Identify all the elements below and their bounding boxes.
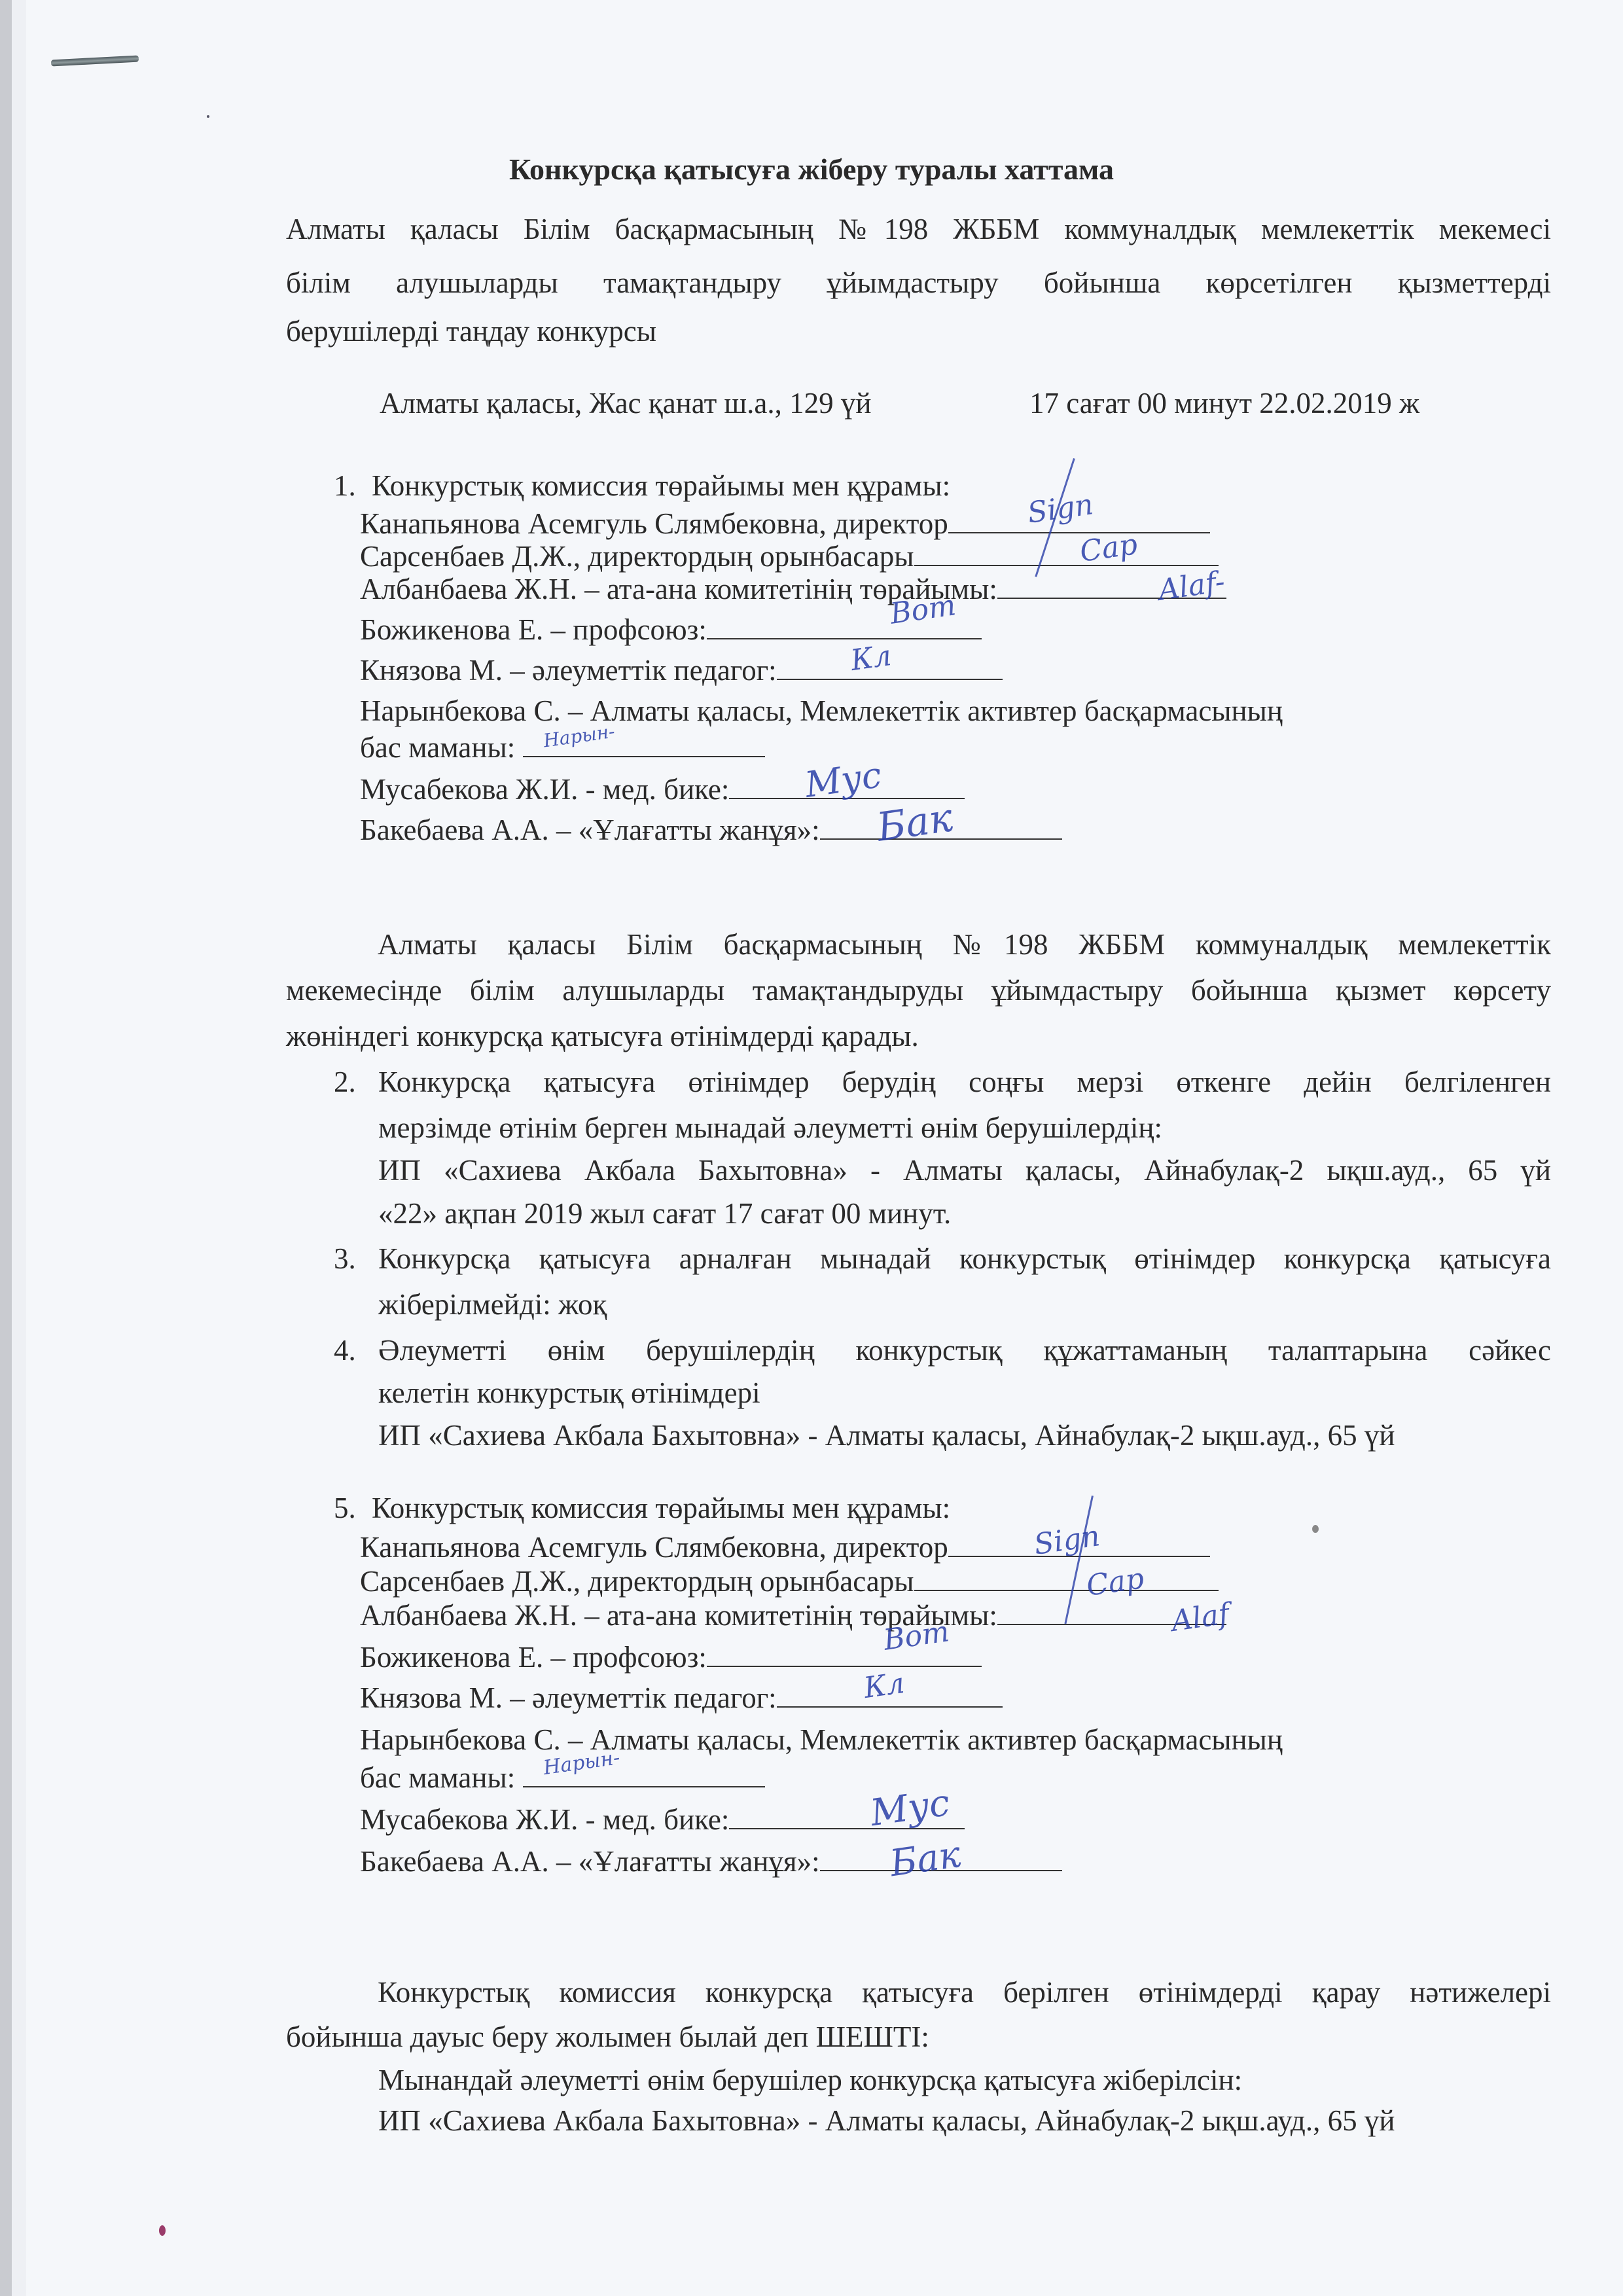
committee-member-3: Албанбаева Ж.Н. – ата-ана комитетінің тө… bbox=[360, 571, 1226, 607]
section-4-line-2: келетін конкурстық өтінімдері bbox=[378, 1374, 760, 1411]
section-4-number: 4. bbox=[334, 1332, 356, 1369]
decision-line-1: Конкурстық комиссия конкурсқа қатысуға б… bbox=[286, 1974, 1551, 2011]
staple-mark bbox=[51, 56, 139, 67]
intro-line-1: Алматы қаласы Білім басқармасының №198 Ж… bbox=[286, 211, 1551, 247]
decision-line-2: бойынша дауыс беру жолымен былай деп ШЕШ… bbox=[286, 2018, 929, 2055]
scan-speck bbox=[1312, 1525, 1319, 1533]
signature-social-pedagogue: Кл bbox=[862, 1666, 907, 1705]
section-2-date: «22» ақпан 2019 жыл сағат 17 сағат 00 ми… bbox=[378, 1195, 951, 1232]
section-4-supplier: ИП «Сахиева Акбала Бахытовна» - Алматы қ… bbox=[378, 1417, 1395, 1454]
signature-line bbox=[914, 1564, 1219, 1591]
member-label: бас маманы: bbox=[360, 731, 515, 764]
member-label: Сарсенбаев Д.Ж., директордың орынбасары bbox=[360, 1565, 914, 1598]
member-label: бас маманы: bbox=[360, 1761, 515, 1794]
member-label: Божикенова Е. – профсоюз: bbox=[360, 613, 707, 646]
intro-line-3: берушілерді таңдау конкурсы bbox=[286, 313, 656, 350]
section-5-heading: Конкурстық комиссия төрайымы мен құрамы: bbox=[372, 1490, 950, 1526]
member-label: Бакебаева А.А. – «Ұлағатты жанұя»: bbox=[360, 814, 820, 846]
signature-social-pedagogue: Кл bbox=[849, 639, 894, 677]
paragraph-2-line-2: мекемесінде білім алушыларды тамақтандыр… bbox=[286, 972, 1551, 1009]
member-label: Канапьянова Асемгуль Слямбековна, директ… bbox=[360, 1531, 948, 1564]
section-2-supplier: ИП «Сахиева Акбала Бахытовна» - Алматы қ… bbox=[378, 1152, 1551, 1189]
committee-member-9: Бакебаева А.А. – «Ұлағатты жанұя»: bbox=[360, 812, 1062, 848]
section-1-number: 1. bbox=[334, 467, 356, 504]
decision-supplier: ИП «Сахиева Акбала Бахытовна» - Алматы қ… bbox=[378, 2102, 1395, 2139]
section-3-line-1: Конкурсқа қатысуға арналған мынадай конк… bbox=[378, 1240, 1551, 1277]
section-5-number: 5. bbox=[334, 1490, 356, 1526]
location-place: Алматы қаласы, Жас қанат ш.а., 129 үй bbox=[380, 385, 871, 422]
section-3-line-2: жіберілмейді: жоқ bbox=[378, 1286, 607, 1323]
member-label: Мусабекова Ж.И. - мед. бике: bbox=[360, 773, 729, 806]
intro-line-2: білім алушыларды тамақтандыру ұйымдастыр… bbox=[286, 264, 1551, 301]
document-title: Конкурсқа қатысуға жіберу туралы хаттама bbox=[0, 152, 1623, 187]
committee-member-6: Нарынбекова С. – Алматы қаласы, Мемлекет… bbox=[360, 692, 1283, 729]
member-label: Божикенова Е. – профсоюз: bbox=[360, 1641, 707, 1674]
committee-member-6: Нарынбекова С. – Алматы қаласы, Мемлекет… bbox=[360, 1721, 1283, 1758]
scan-speck bbox=[159, 2225, 166, 2236]
location-time: 17 сағат 00 минут 22.02.2019 ж bbox=[1029, 385, 1419, 422]
section-2-line-2: мерзімде өтінім берген мынадай әлеуметті… bbox=[378, 1109, 1162, 1146]
member-label: Сарсенбаев Д.Ж., директордың орынбасары bbox=[360, 540, 914, 573]
member-label: Князова М. – әлеуметтік педагог: bbox=[360, 654, 777, 687]
signature-line bbox=[914, 539, 1219, 566]
scan-speck bbox=[207, 115, 209, 118]
section-4-line-1: Әлеуметті өнім берушілердің конкурстық қ… bbox=[378, 1332, 1551, 1369]
member-label: Мусабекова Ж.И. - мед. бике: bbox=[360, 1803, 729, 1836]
committee-member-5: Князова М. – әлеуметтік педагог: bbox=[360, 652, 1003, 689]
decision-line-3: Мынандай әлеуметті өнім берушілер конкур… bbox=[378, 2062, 1242, 2098]
committee-member-3: Албанбаева Ж.Н. – ата-ана комитетінің тө… bbox=[360, 1597, 1226, 1634]
paragraph-2-line-3: жөніндегі конкурсқа қатысуға өтінімдерді… bbox=[286, 1018, 919, 1054]
member-label: Князова М. – әлеуметтік педагог: bbox=[360, 1681, 777, 1714]
section-3-number: 3. bbox=[334, 1240, 356, 1277]
scanned-page: Конкурсқа қатысуға жіберу туралы хаттама… bbox=[0, 0, 1623, 2296]
paragraph-2-line-1: Алматы қаласы Білім басқармасының №198 Ж… bbox=[286, 926, 1551, 963]
section-1-heading: Конкурстық комиссия төрайымы мен құрамы: bbox=[372, 467, 950, 504]
section-2-number: 2. bbox=[334, 1064, 356, 1100]
section-2-line-1: Конкурсқа қатысуға өтінімдер берудің соң… bbox=[378, 1064, 1551, 1100]
member-label: Бакебаева А.А. – «Ұлағатты жанұя»: bbox=[360, 1845, 820, 1878]
member-label: Канапьянова Асемгуль Слямбековна, директ… bbox=[360, 507, 948, 540]
